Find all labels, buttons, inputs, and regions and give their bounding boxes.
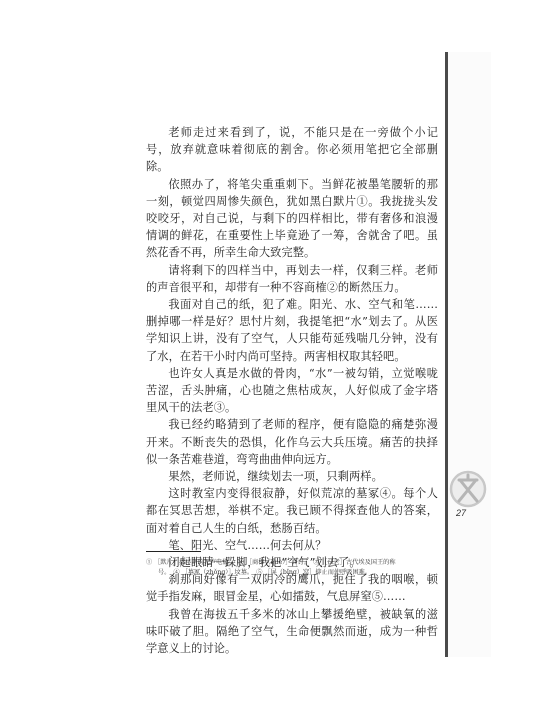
page-number: 27 (456, 508, 466, 518)
margin-panel (447, 52, 491, 657)
paragraph: 果然，老师说，继续划去一项，只剩两样。 (146, 468, 438, 485)
footnote-divider (146, 551, 201, 552)
paragraph: 也许女人真是水做的骨肉，“水”一被勾销，立觉喉咙苦涩，舌头肿痛，心也随之焦枯成灰… (146, 365, 438, 417)
paragraph: 这时教室内变得很寂静，好似荒凉的墓冢④。每个人都在冥思苦想，举棋不定。我已顾不得… (146, 485, 438, 537)
footnotes: ① ［默片］指早期的无声电影。 ② ［商榷（què）］商讨。 ③ ［法老］古代埃… (146, 558, 446, 578)
paragraph: 老师走过来看到了，说，不能只是在一旁做个小记号，放弃就意味着彻底的割舍。你必须用… (146, 124, 438, 176)
paragraph: 我面对自己的纸，犯了难。阳光、水、空气和笔……删掉哪一样是好？思忖片刻，我提笔把… (146, 296, 438, 365)
footnote-line: ① ［默片］指早期的无声电影。 ② ［商榷（què）］商讨。 ③ ［法老］古代埃… (146, 558, 446, 568)
paragraph: 我曾在海拔五千多米的冰山上攀援绝壁，被缺氧的滋味吓破了胆。隔绝了空气，生命便飘然… (146, 606, 438, 658)
footnote-line: 号。 ④ ［墓冢（zhǒng）］坟墓。 ⑤ ［屏（bǐng）窒］抑止而使呼吸困难… (146, 568, 446, 578)
paragraph: 我已经约略猜到了老师的程序，便有隐隐的痛楚弥漫开来。不断丧失的恐惧，化作乌云大兵… (146, 416, 438, 468)
paragraph: 请将剩下的四样当中，再划去一样，仅剩三样。老师的声音很平和，却带有一种不容商榷②… (146, 262, 438, 296)
paragraph: 依照办了，将笔尖重重刺下。当鲜花被墨笔腰斩的那一刻，顿觉四周惨失颜色，犹如黑白默… (146, 176, 438, 262)
wen-character-circle-icon (449, 470, 489, 508)
